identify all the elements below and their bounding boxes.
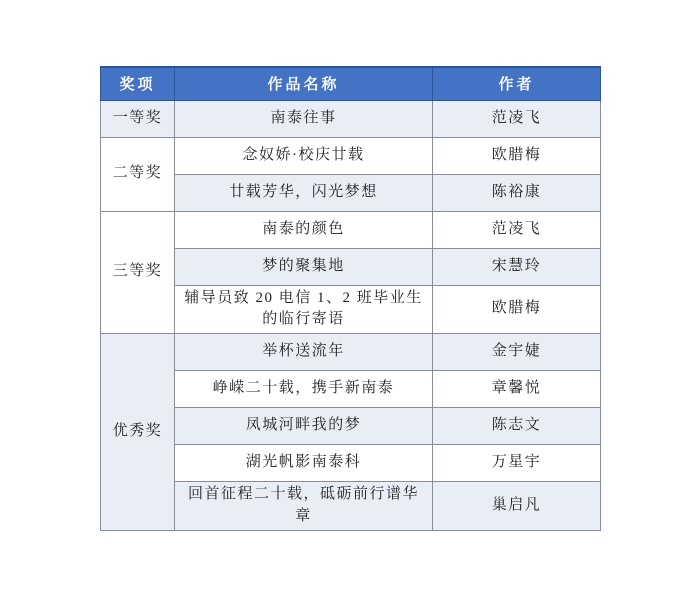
- author-cell: 章馨悦: [433, 371, 601, 408]
- award-cell: 一等奖: [101, 100, 175, 137]
- table-row: 二等奖念奴娇·校庆廿载欧腊梅: [101, 137, 601, 174]
- award-cell: 三等奖: [101, 211, 175, 334]
- author-cell: 巢启凡: [433, 482, 601, 531]
- work-cell: 南泰的颜色: [175, 211, 433, 248]
- table-row: 凤城河畔我的梦陈志文: [101, 408, 601, 445]
- awards-table: 奖项作品名称作者 一等奖南泰往事范凌飞二等奖念奴娇·校庆廿载欧腊梅廿载芳华，闪光…: [100, 66, 601, 531]
- table-body: 一等奖南泰往事范凌飞二等奖念奴娇·校庆廿载欧腊梅廿载芳华，闪光梦想陈裕康三等奖南…: [101, 100, 601, 530]
- work-cell: 湖光帆影南泰科: [175, 445, 433, 482]
- award-cell: 优秀奖: [101, 334, 175, 531]
- author-cell: 宋慧玲: [433, 248, 601, 285]
- table-row: 回首征程二十载，砥砺前行谱华章巢启凡: [101, 482, 601, 531]
- table-row: 峥嵘二十载，携手新南泰章馨悦: [101, 371, 601, 408]
- column-header-author: 作者: [433, 67, 601, 100]
- table-row: 梦的聚集地宋慧玲: [101, 248, 601, 285]
- author-cell: 欧腊梅: [433, 285, 601, 334]
- column-header-work: 作品名称: [175, 67, 433, 100]
- work-cell: 举杯送流年: [175, 334, 433, 371]
- work-cell: 凤城河畔我的梦: [175, 408, 433, 445]
- author-cell: 金宇婕: [433, 334, 601, 371]
- author-cell: 万星宇: [433, 445, 601, 482]
- award-cell: 二等奖: [101, 137, 175, 211]
- table-row: 湖光帆影南泰科万星宇: [101, 445, 601, 482]
- work-cell: 辅导员致 20 电信 1、2 班毕业生的临行寄语: [175, 285, 433, 334]
- work-cell: 南泰往事: [175, 100, 433, 137]
- author-cell: 欧腊梅: [433, 137, 601, 174]
- column-header-award: 奖项: [101, 67, 175, 100]
- table-row: 一等奖南泰往事范凌飞: [101, 100, 601, 137]
- author-cell: 陈裕康: [433, 174, 601, 211]
- table-row: 辅导员致 20 电信 1、2 班毕业生的临行寄语欧腊梅: [101, 285, 601, 334]
- work-cell: 廿载芳华，闪光梦想: [175, 174, 433, 211]
- work-cell: 回首征程二十载，砥砺前行谱华章: [175, 482, 433, 531]
- table-row: 廿载芳华，闪光梦想陈裕康: [101, 174, 601, 211]
- table-header: 奖项作品名称作者: [101, 67, 601, 100]
- table-row: 三等奖南泰的颜色范凌飞: [101, 211, 601, 248]
- work-cell: 念奴娇·校庆廿载: [175, 137, 433, 174]
- document-page: 奖项作品名称作者 一等奖南泰往事范凌飞二等奖念奴娇·校庆廿载欧腊梅廿载芳华，闪光…: [0, 0, 699, 590]
- header-row: 奖项作品名称作者: [101, 67, 601, 100]
- work-cell: 梦的聚集地: [175, 248, 433, 285]
- author-cell: 范凌飞: [433, 100, 601, 137]
- author-cell: 范凌飞: [433, 211, 601, 248]
- work-cell: 峥嵘二十载，携手新南泰: [175, 371, 433, 408]
- table-row: 优秀奖举杯送流年金宇婕: [101, 334, 601, 371]
- author-cell: 陈志文: [433, 408, 601, 445]
